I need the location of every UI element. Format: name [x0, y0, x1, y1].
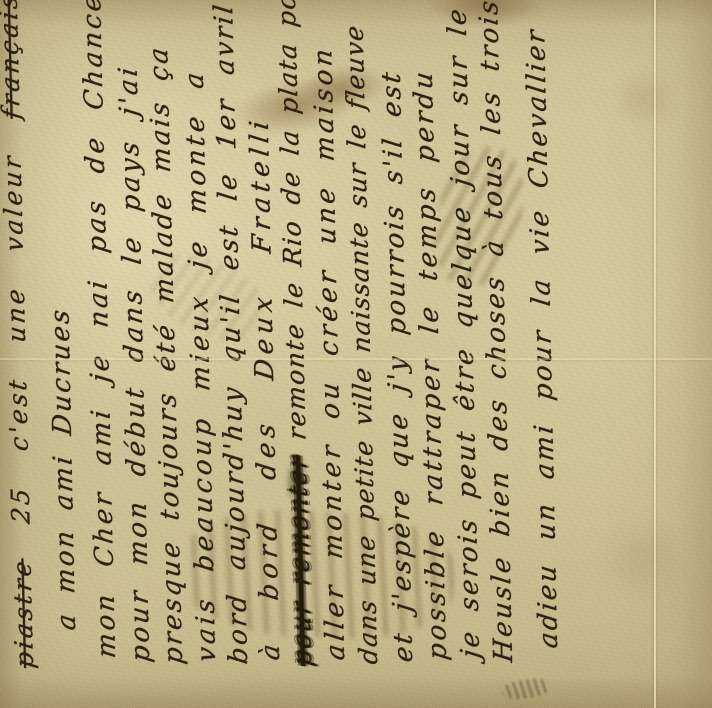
letter-line: adieu un ami pour la vieChevallier	[523, 27, 562, 650]
struck-through-text: piastre	[7, 557, 39, 670]
handwriting-layer: piastre 25 c'est une valeur françaisea m…	[0, 0, 712, 708]
scribbled-out-text: pour remonter	[283, 453, 317, 667]
letter-line: a mon ami Ducrues	[47, 306, 80, 631]
letter-line: piastre 25 c'est une valeur française	[0, 0, 37, 669]
letter-page: piastre 25 c'est une valeur françaisea m…	[0, 0, 712, 708]
struck-through-text: française	[0, 0, 26, 120]
handwritten-text: 25 c'est une valeur	[0, 152, 36, 525]
signature: Chevallier	[523, 27, 552, 190]
handwritten-text: adieu un ami pour la vie	[527, 207, 562, 650]
handwritten-text: a mon ami Ducrues	[45, 306, 82, 632]
